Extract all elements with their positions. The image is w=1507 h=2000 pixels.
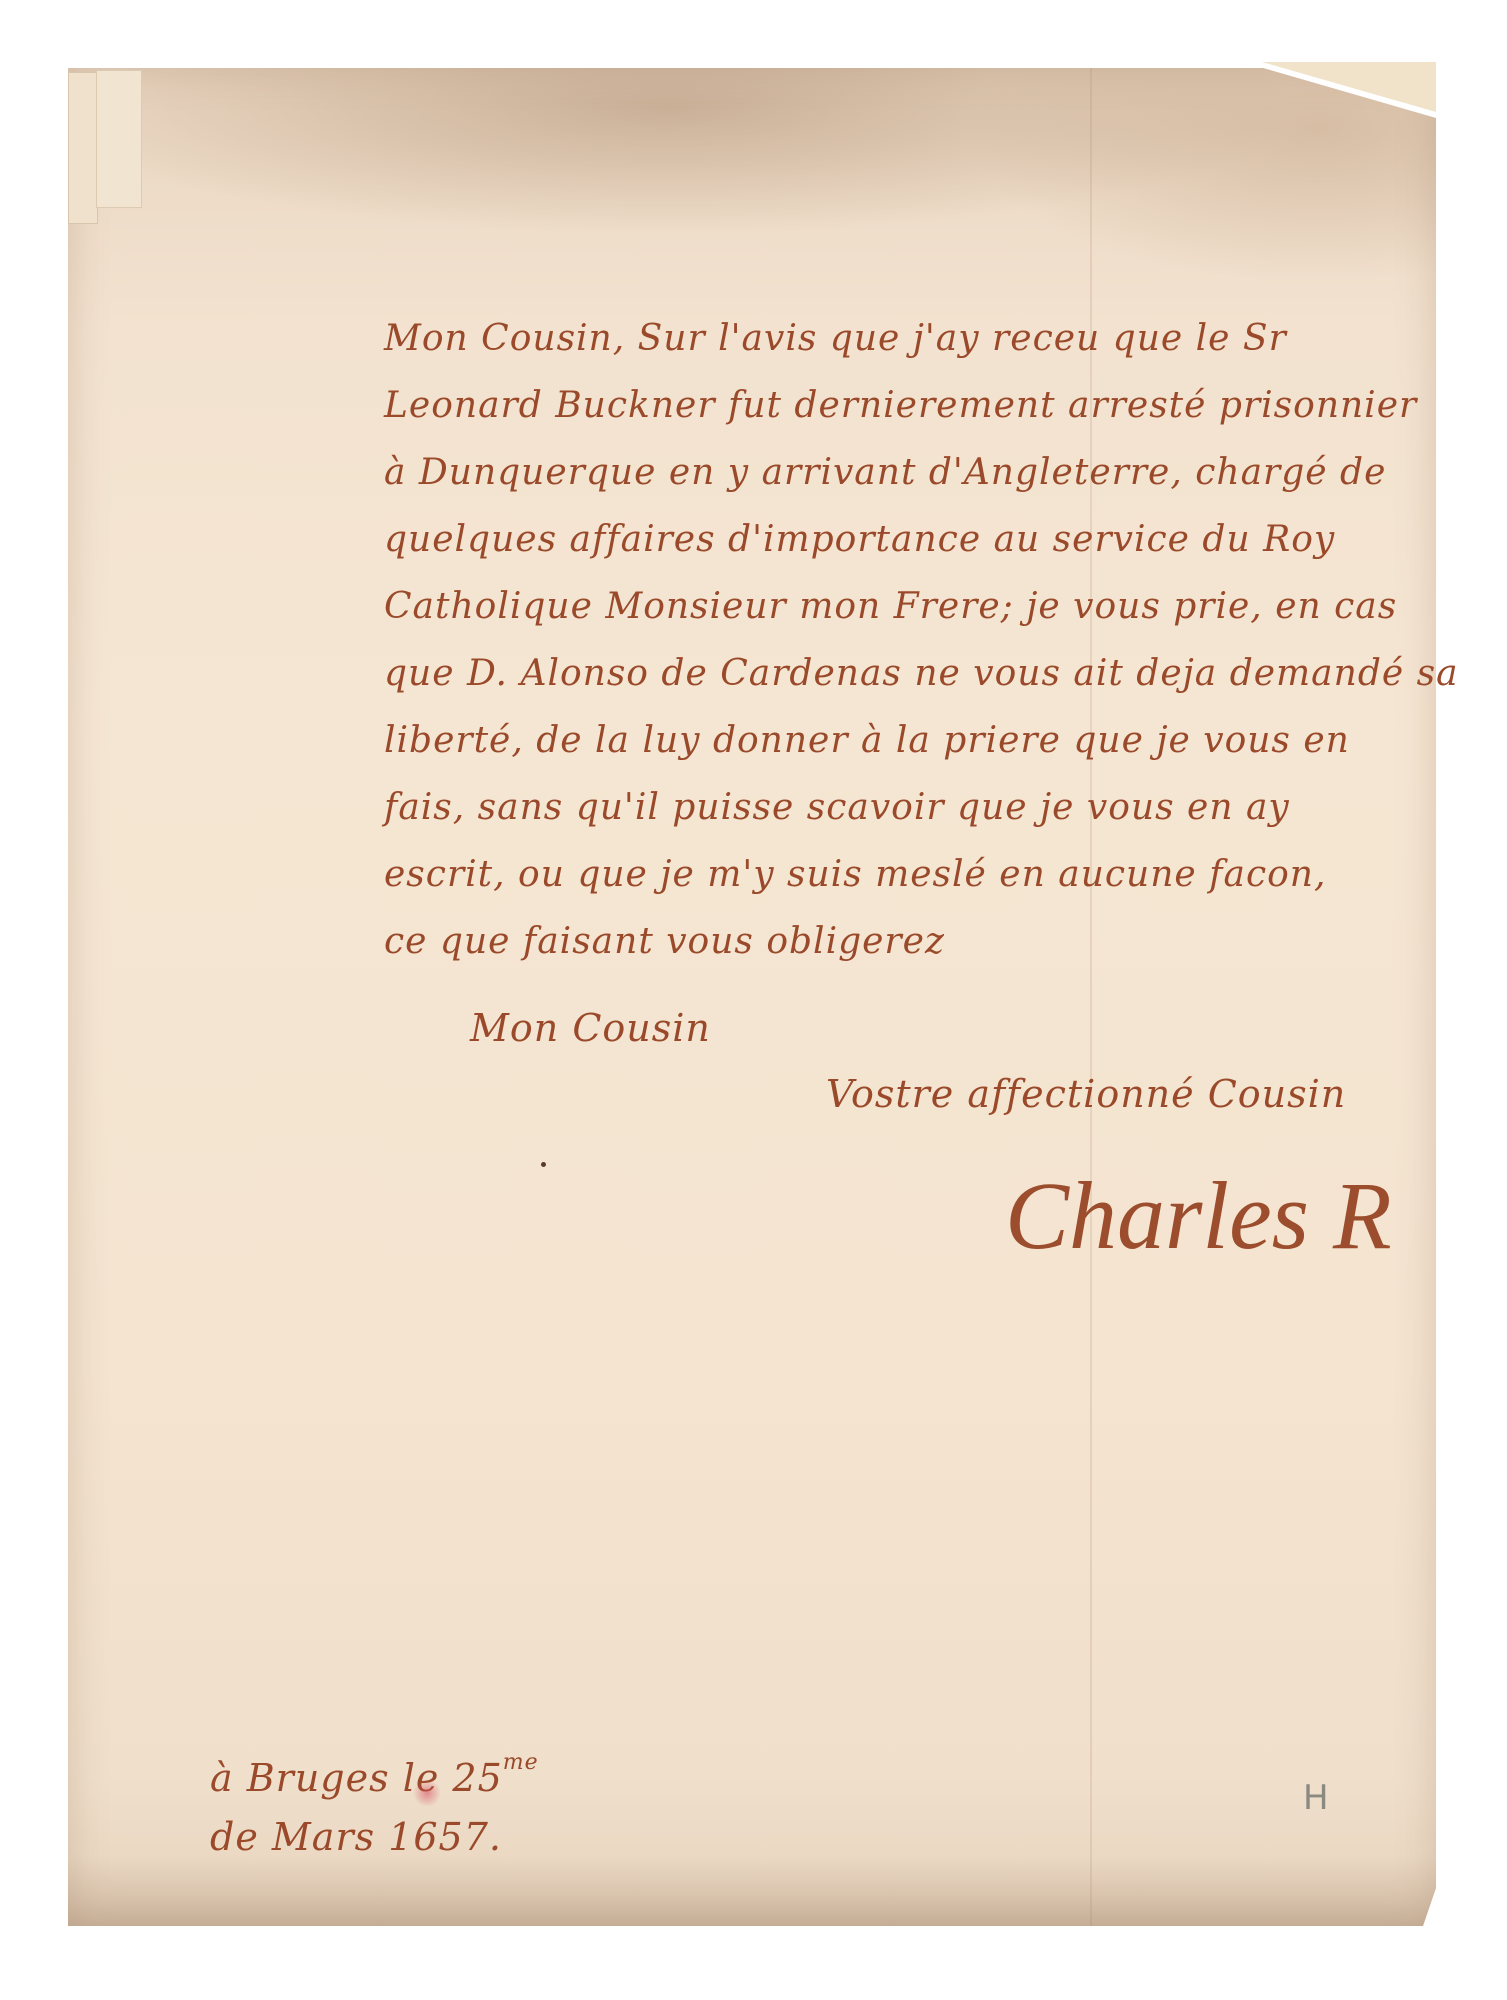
body-line: que D. Alonso de Cardenas ne vous ait de…: [384, 653, 1459, 694]
ink-spot: [541, 1162, 546, 1167]
pencil-mark: H: [1303, 1778, 1329, 1818]
red-stamp-mark: [412, 1780, 442, 1806]
body-line: à Dunquerque en y arrivant d'Angleterre,…: [384, 452, 1386, 493]
date-place-text: à Bruges le 25: [210, 1756, 503, 1800]
body-line: fais, sans qu'il puisse scavoir que je v…: [384, 787, 1290, 828]
body-line: quelques affaires d'importance au servic…: [384, 519, 1335, 560]
body-line: Leonard Buckner fut dernierement arresté…: [384, 385, 1417, 426]
date-superscript: me: [503, 1750, 539, 1775]
date-place-line-2: de Mars 1657.: [210, 1815, 502, 1859]
body-line: liberté, de la luy donner à la priere qu…: [384, 720, 1350, 761]
body-line: Mon Cousin, Sur l'avis que j'ay receu qu…: [384, 318, 1287, 359]
closing-phrase: Vostre affectionné Cousin: [826, 1072, 1346, 1116]
signature: Charles R: [1005, 1160, 1392, 1271]
body-line: escrit, ou que je m'y suis meslé en aucu…: [384, 854, 1326, 895]
body-line: Catholique Monsieur mon Frere; je vous p…: [384, 586, 1397, 627]
salutation: Mon Cousin: [470, 1006, 711, 1050]
date-place-line-1: à Bruges le 25me: [210, 1750, 539, 1800]
mounting-tab-outer: [68, 72, 98, 224]
mounting-tab-inner: [96, 70, 142, 208]
body-line: ce que faisant vous obligerez: [384, 921, 945, 962]
